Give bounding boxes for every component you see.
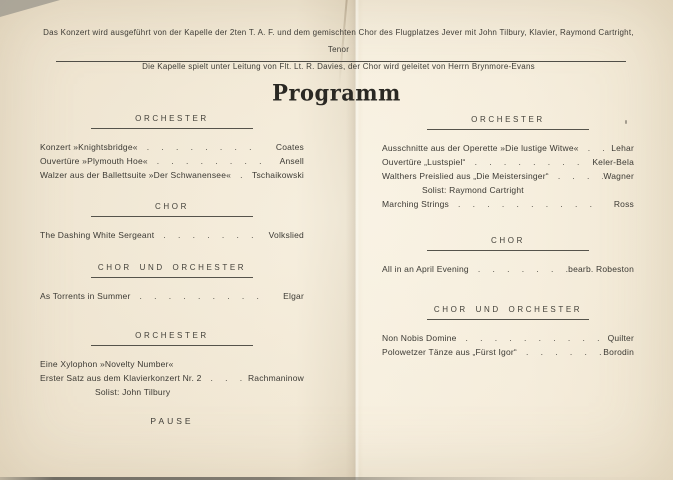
section-underline <box>91 128 253 129</box>
section-items: The Dashing White Sergeant. . . . . . .V… <box>40 228 304 242</box>
leader-dots: . . . . . . . <box>469 262 568 276</box>
program-section: CHORAll in an April Evening. . . . . . .… <box>382 236 634 276</box>
section-underline <box>427 250 589 251</box>
program-item: Solist: Raymond Cartright <box>382 183 634 197</box>
section-underline <box>91 216 253 217</box>
leader-dots: . . . . . . . . <box>148 154 280 168</box>
leader-dots: . . . . . . . . <box>466 155 593 169</box>
header-note: Das Konzert wird ausgeführt von der Kape… <box>34 24 643 75</box>
section-underline <box>427 319 589 320</box>
section-underline <box>427 129 589 130</box>
leader-dots: . . <box>231 168 252 182</box>
item-title: Ouvertüre »Plymouth Hoe« <box>40 154 148 168</box>
leader-dots: . . . . . . . <box>154 228 268 242</box>
section-heading: CHOR UND ORCHESTER <box>40 263 304 273</box>
program-item: Walzer aus der Ballettsuite »Der Schwane… <box>40 168 304 182</box>
section-underline <box>91 277 253 278</box>
leader-dots: . . . . <box>549 169 604 183</box>
item-title: The Dashing White Sergeant <box>40 228 154 242</box>
composer-name: Elgar <box>283 289 304 303</box>
item-title: Ouvertüre „Lustspiel“ <box>382 155 466 169</box>
section-underline <box>91 345 253 346</box>
section-items: Ausschnitte aus der Operette »Die lustig… <box>382 141 634 211</box>
program-section: CHOR UND ORCHESTERNon Nobis Domine. . . … <box>382 305 634 359</box>
composer-name: bearb. Robeston <box>568 262 634 276</box>
program-item: The Dashing White Sergeant. . . . . . .V… <box>40 228 304 242</box>
pause-label: PAUSE <box>40 416 304 426</box>
composer-name: Rachmaninow <box>248 371 304 385</box>
program-section: CHOR UND ORCHESTERAs Torrents in Summer.… <box>40 263 304 303</box>
item-title: Konzert »Knightsbridge« <box>40 140 138 154</box>
program-item: Erster Satz aus dem Klavierkonzert Nr. 2… <box>40 371 304 385</box>
section-heading: CHOR <box>382 236 634 246</box>
program-sheet: Das Konzert wird ausgeführt von der Kape… <box>0 0 673 480</box>
program-item: All in an April Evening. . . . . . .bear… <box>382 262 634 276</box>
leader-dots: . . . . . . . . <box>138 140 276 154</box>
composer-name: Ansell <box>280 154 304 168</box>
program-item: Eine Xylophon »Novelty Number« <box>40 357 304 371</box>
item-title: As Torrents in Summer <box>40 289 131 303</box>
leader-dots: . . . . . . . . . <box>131 289 284 303</box>
item-title: All in an April Evening <box>382 262 469 276</box>
composer-name: Ross <box>614 197 634 211</box>
leader-dots: . . . . . . <box>517 345 603 359</box>
section-items: As Torrents in Summer. . . . . . . . .El… <box>40 289 304 303</box>
composer-name: Borodin <box>603 345 634 359</box>
section-items: Eine Xylophon »Novelty Number«Erster Sat… <box>40 357 304 399</box>
leader-dots: . . . . <box>202 371 248 385</box>
page-title: Programm <box>0 79 673 105</box>
composer-name: Keler-Bela <box>592 155 634 169</box>
composer-name: Wagner <box>603 169 634 183</box>
composer-name: Coates <box>276 140 304 154</box>
item-title: Walthers Preislied aus „Die Meistersinge… <box>382 169 549 183</box>
item-title: Erster Satz aus dem Klavierkonzert Nr. 2 <box>40 371 202 385</box>
section-items: Non Nobis Domine. . . . . . . . . .Quilt… <box>382 331 634 359</box>
item-title: Polowetzer Tänze aus „Fürst Igor“ <box>382 345 517 359</box>
leader-dots: . . . . . . . . . . <box>449 197 614 211</box>
program-section: ORCHESTERKonzert »Knightsbridge«. . . . … <box>40 114 304 182</box>
composer-name: Quilter <box>608 331 634 345</box>
program-item: As Torrents in Summer. . . . . . . . .El… <box>40 289 304 303</box>
composer-name: Volkslied <box>269 228 304 242</box>
program-item: Ouvertüre »Plymouth Hoe«. . . . . . . .A… <box>40 154 304 168</box>
item-title: Eine Xylophon »Novelty Number« <box>40 357 174 371</box>
program-item: Konzert »Knightsbridge«. . . . . . . .Co… <box>40 140 304 154</box>
section-items: All in an April Evening. . . . . . .bear… <box>382 262 634 276</box>
section-heading: CHOR UND ORCHESTER <box>382 305 634 315</box>
program-item: Non Nobis Domine. . . . . . . . . .Quilt… <box>382 331 634 345</box>
program-item: Solist: John Tilbury <box>40 385 304 399</box>
program-section: CHORThe Dashing White Sergeant. . . . . … <box>40 202 304 242</box>
program-item: Walthers Preislied aus „Die Meistersinge… <box>382 169 634 183</box>
section-items: Konzert »Knightsbridge«. . . . . . . .Co… <box>40 140 304 182</box>
item-title: Solist: Raymond Cartright <box>382 183 524 197</box>
item-title: Non Nobis Domine <box>382 331 457 345</box>
item-title: Walzer aus der Ballettsuite »Der Schwane… <box>40 168 231 182</box>
section-heading: ORCHESTER <box>40 114 304 124</box>
item-title: Marching Strings <box>382 197 449 211</box>
section-heading: ORCHESTER <box>40 331 304 341</box>
composer-name: Tschaikowski <box>252 168 304 182</box>
header-rule <box>56 61 626 62</box>
program-item: Ausschnitte aus der Operette »Die lustig… <box>382 141 634 155</box>
section-heading: CHOR <box>40 202 304 212</box>
program-section: ORCHESTEREine Xylophon »Novelty Number«E… <box>40 331 304 399</box>
item-title: Ausschnitte aus der Operette »Die lustig… <box>382 141 579 155</box>
item-title: Solist: John Tilbury <box>40 385 170 399</box>
composer-name: Lehar <box>611 141 634 155</box>
program-item: Marching Strings. . . . . . . . . .Ross <box>382 197 634 211</box>
program-item: Polowetzer Tänze aus „Fürst Igor“. . . .… <box>382 345 634 359</box>
header-note-line1: Das Konzert wird ausgeführt von der Kape… <box>34 24 643 58</box>
leader-dots: . . <box>579 141 612 155</box>
section-heading: ORCHESTER <box>382 115 634 125</box>
program-item: Ouvertüre „Lustspiel“. . . . . . . .Kele… <box>382 155 634 169</box>
program-section: ORCHESTERAusschnitte aus der Operette »D… <box>382 115 634 211</box>
leader-dots: . . . . . . . . . . <box>457 331 608 345</box>
scan-corner-top-left <box>0 0 60 17</box>
